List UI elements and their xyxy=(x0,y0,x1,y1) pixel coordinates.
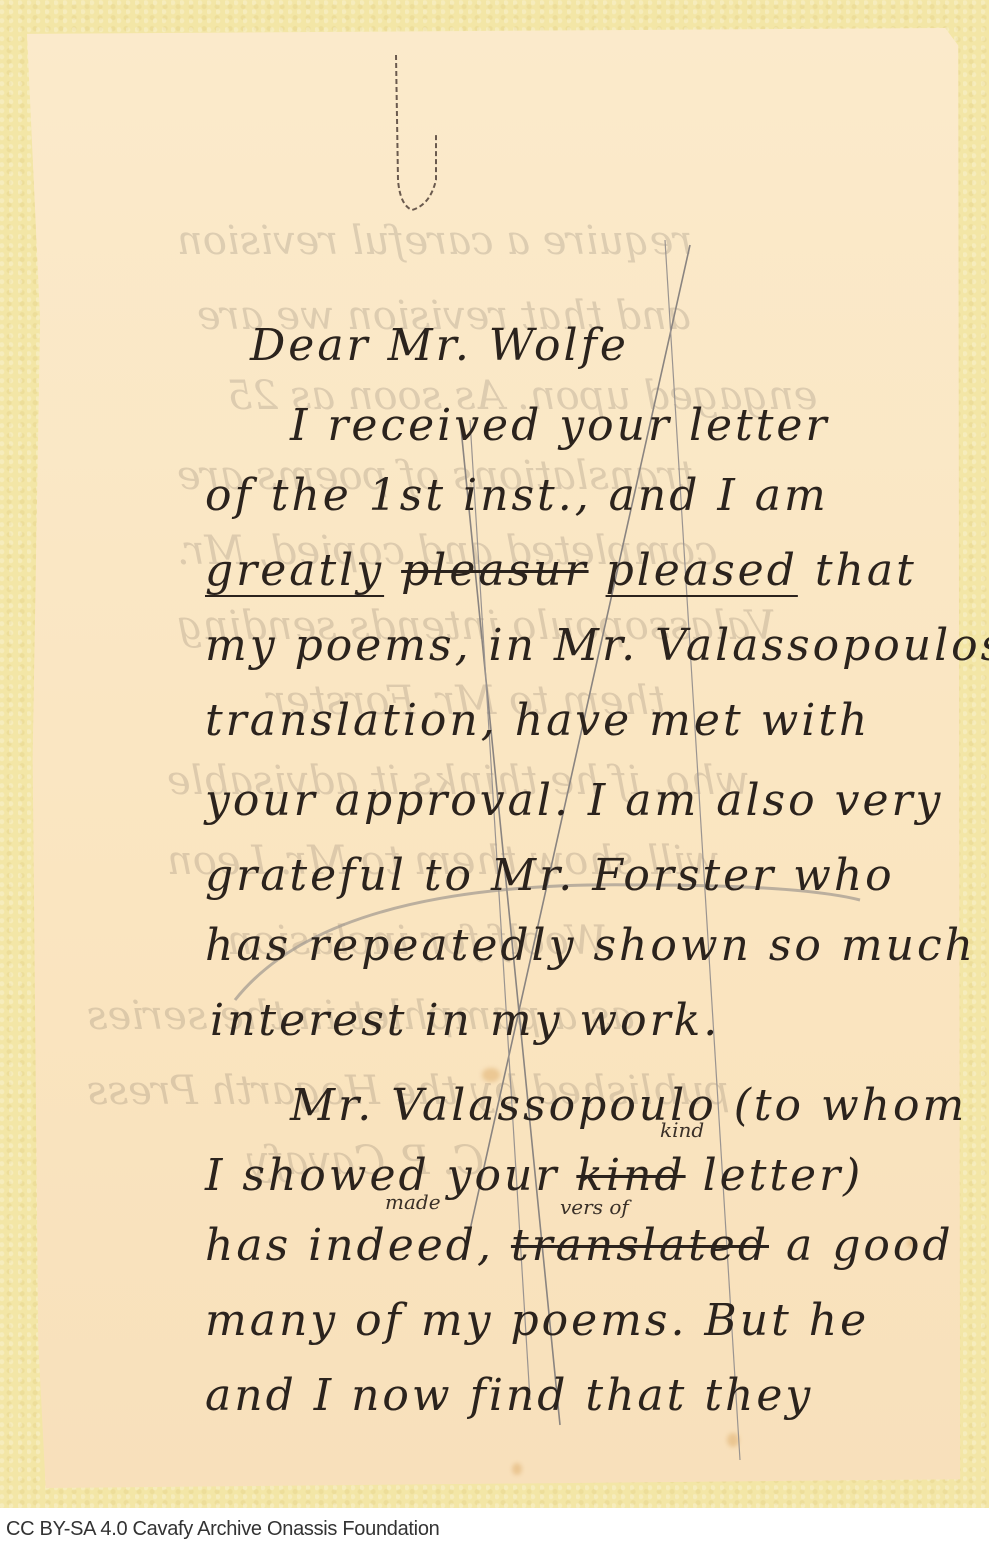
insertion-made: made xyxy=(385,1190,441,1214)
letter-line: has indeed, translated a good xyxy=(205,1220,954,1271)
letter-line: my poems, in Mr. Valassopoulos' xyxy=(205,620,989,671)
struck-word: translated xyxy=(511,1220,769,1271)
letter-line: Mr. Valassopoulo (to whom xyxy=(290,1080,967,1131)
letter-line: many of my poems. But he xyxy=(205,1295,869,1346)
letter-line: I showed your kind letter) xyxy=(205,1150,863,1201)
letter-line: interest in my work. xyxy=(210,995,720,1046)
letter-line: has repeatedly shown so much xyxy=(205,920,976,971)
underlined-word: greatly xyxy=(205,545,384,596)
letter-line: translation, have met with xyxy=(205,695,870,746)
letter-line: I received your letter xyxy=(290,400,830,451)
underlined-word: pleased xyxy=(606,545,798,596)
insertion-kind: kind xyxy=(660,1118,704,1142)
line-tail: that xyxy=(815,545,917,596)
letter-line: of the 1st inst., and I am xyxy=(205,470,829,521)
letter-body: Dear Mr. Wolfe I received your letter of… xyxy=(0,0,989,1508)
letter-line: and I now find that they xyxy=(205,1370,813,1421)
scanned-letter-image: require a careful revision and that revi… xyxy=(0,0,989,1508)
line-part: a good xyxy=(769,1220,954,1271)
letter-line: grateful to Mr. Forster who xyxy=(205,850,895,901)
letter-line: greatly pleasur pleased that xyxy=(205,545,917,596)
license-credit: CC BY-SA 4.0 Cavafy Archive Onassis Foun… xyxy=(6,1518,439,1541)
line-part: letter) xyxy=(686,1150,864,1201)
insertion-versions-of: vers of xyxy=(560,1195,629,1219)
salutation: Dear Mr. Wolfe xyxy=(250,320,629,371)
struck-word: pleasur xyxy=(401,545,588,596)
letter-line: your approval. I am also very xyxy=(205,775,943,826)
struck-word: kind xyxy=(576,1150,685,1201)
line-part: has indeed, xyxy=(205,1220,511,1271)
footer-bar: CC BY-SA 4.0 Cavafy Archive Onassis Foun… xyxy=(0,1508,989,1552)
